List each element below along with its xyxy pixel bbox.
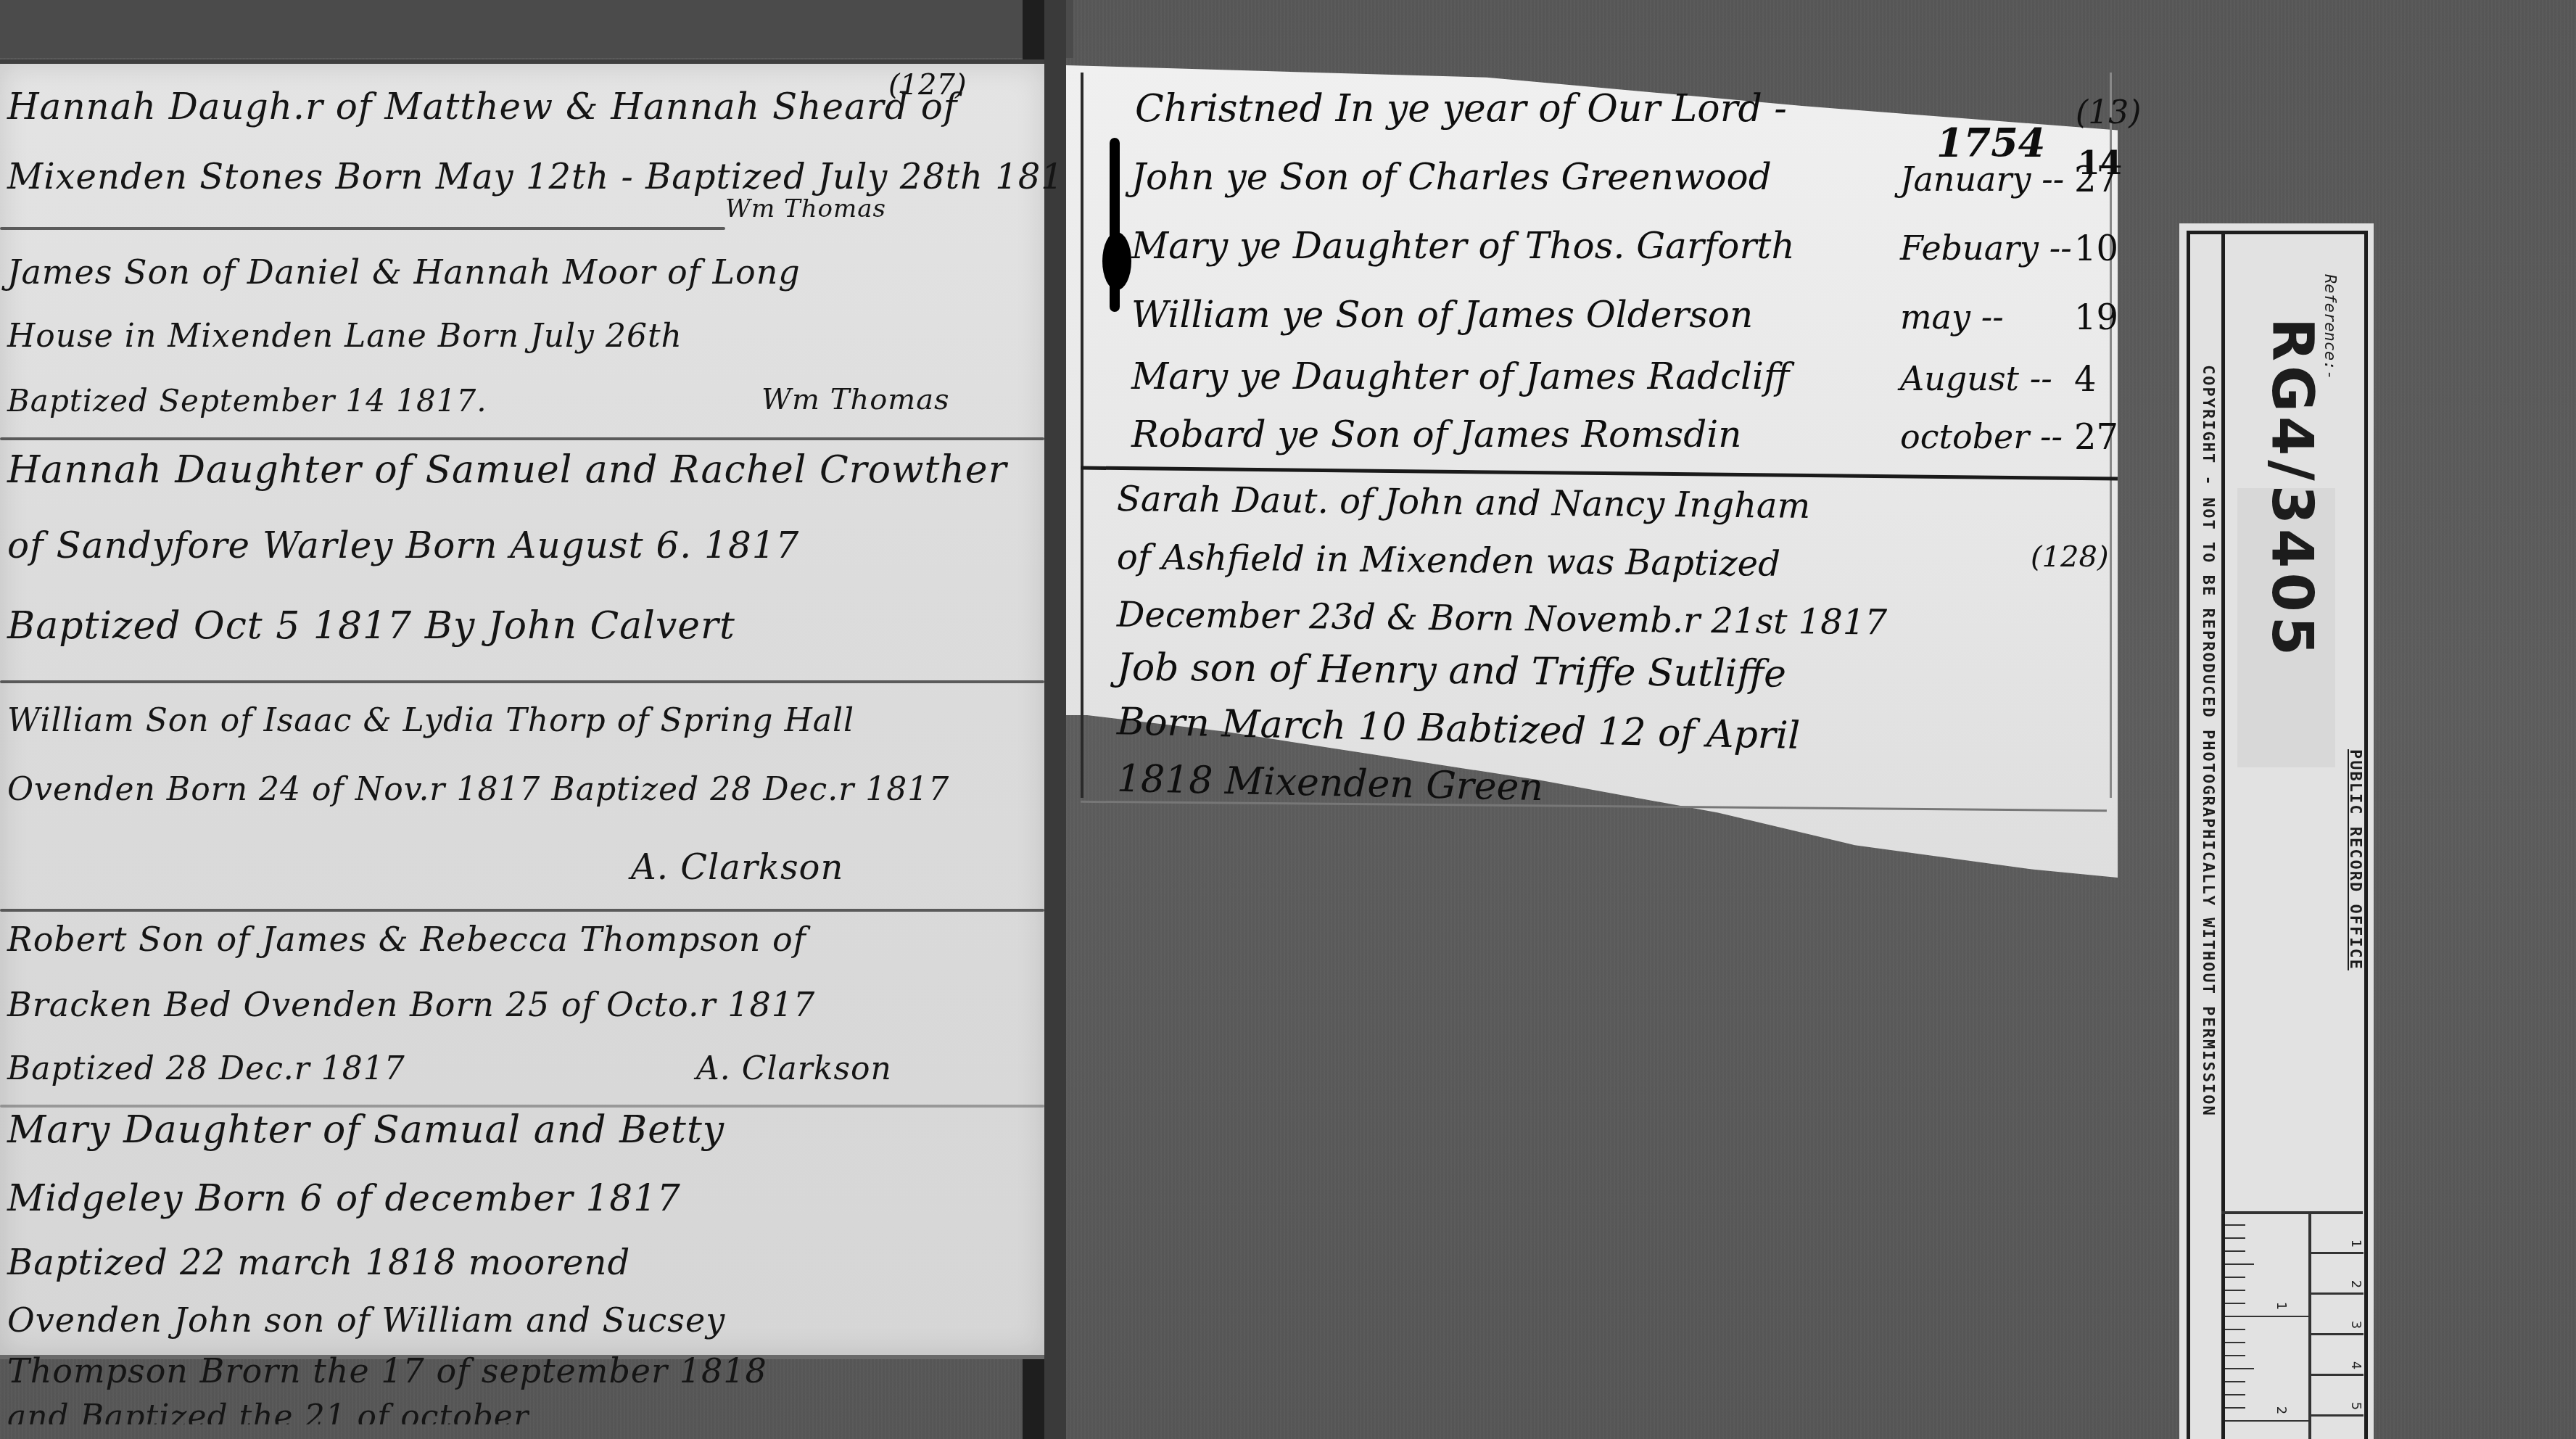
- copyright-notice: COPYRIGHT - NOT TO BE REPRODUCED PHOTOGR…: [2199, 365, 2217, 1117]
- entry-6-line-1: Mary Daughter of Samual and Betty: [7, 1108, 724, 1152]
- christening-day: 4: [2074, 359, 2097, 400]
- left-register-page: (127) Hannah Daugh.r of Matthew & Hannah…: [0, 59, 1044, 1359]
- entry-6-line-2: Midgeley Born 6 of december 1817: [7, 1177, 681, 1219]
- reference-card: Reference:- RG4/3405 COPYRIGHT - NOT TO …: [2179, 223, 2374, 1439]
- christening-day: 10: [2074, 228, 2118, 269]
- christening-day: 27: [2074, 417, 2118, 458]
- entry-2-annotation: Wm Thomas: [761, 383, 950, 416]
- ruler-cm-line: [2311, 1252, 2364, 1254]
- ruler-cm-label: 5: [2348, 1402, 2364, 1410]
- entry-3-line-1: Hannah Daughter of Samuel and Rachel Cro…: [7, 448, 1007, 492]
- entry-divider: [0, 437, 1044, 440]
- ruler-inch-tick: [2225, 1250, 2245, 1252]
- ruler-inch-tick: [2225, 1237, 2245, 1239]
- ruler-cm-line: [2311, 1333, 2364, 1335]
- entry-2-line-1: James Son of Daniel & Hannah Moor of Lon…: [7, 252, 801, 292]
- entry-1-line-1: Hannah Daugh.r of Matthew & Hannah Shear…: [7, 86, 957, 128]
- entry-divider: [0, 227, 725, 230]
- slip-lower-entry-line: December 23d & Born Novemb.r 21st 1817: [1117, 594, 1887, 643]
- entry-1-line-2: Mixenden Stones Born May 12th - Baptized…: [7, 157, 1086, 197]
- top-shadow: [0, 0, 1073, 58]
- binding-gutter-edge: [1044, 0, 1066, 1439]
- ruler-inch-tick: [2225, 1368, 2254, 1369]
- slip-lower-entry-line: Job son of Henry and Triffe Sutliffe: [1117, 646, 1787, 696]
- christening-entry: Robard ye Son of James Romsdin: [1131, 413, 1741, 455]
- ruler-inch-tick: [2225, 1394, 2245, 1395]
- ruler-cm-line: [2311, 1292, 2364, 1295]
- ruler-inch-tick: [2225, 1263, 2254, 1265]
- ruler-cm-line: [2311, 1374, 2364, 1376]
- christening-entry: William ye Son of James Olderson: [1131, 294, 1753, 336]
- slip-lower-entry-line: Sarah Daut. of John and Nancy Ingham: [1117, 479, 1811, 527]
- christening-month: January --: [1900, 160, 2064, 199]
- ruler-inch-tick: [2225, 1355, 2245, 1356]
- public-record-office: PUBLIC RECORD OFFICE: [2346, 749, 2364, 970]
- slip-page-number: (13): [2076, 94, 2141, 131]
- entry-divider: [0, 909, 1044, 912]
- christening-month: August --: [1900, 359, 2052, 398]
- ruler-inch-tick: [2225, 1329, 2245, 1330]
- christening-month: october --: [1900, 417, 2063, 456]
- entry-5-officiant: A. Clarkson: [696, 1050, 892, 1087]
- ruler-inch-label: 1: [2274, 1302, 2289, 1310]
- ruler-inch-tick: [2225, 1224, 2245, 1226]
- christening-entry: Mary ye Daughter of James Radcliff: [1131, 355, 1790, 397]
- entry-6-line-3: Baptized 22 march 1818 moorend: [7, 1242, 630, 1283]
- ruler-inch-tick: [2225, 1316, 2308, 1317]
- entry-2-line-2: House in Mixenden Lane Born July 26th: [7, 318, 682, 355]
- entry-divider: [0, 1105, 1044, 1108]
- ruler-top-edge: [2221, 1211, 2363, 1214]
- ruler-cm-label: 2: [2348, 1280, 2364, 1288]
- christening-month: Febuary --: [1900, 228, 2072, 268]
- ruler-inch-tick: [2225, 1277, 2245, 1278]
- ruler-inch-tick: [2225, 1420, 2308, 1422]
- ruler-cm-line: [2311, 1414, 2364, 1417]
- entry-5-line-3: Baptized 28 Dec.r 1817: [7, 1050, 405, 1087]
- entry-2-line-3: Baptized September 14 1817.: [7, 383, 487, 418]
- ruler-cm-label: 4: [2348, 1361, 2364, 1369]
- slip-lower-page-number: (128): [2031, 540, 2109, 574]
- ruler-inch-tick: [2225, 1342, 2245, 1343]
- ruler-inch-tick: [2225, 1290, 2245, 1291]
- entry-4-line-1: William Son of Isaac & Lydia Thorp of Sp…: [7, 702, 854, 739]
- entry-6-line-5: Thompson Brorn the 17 of september 1818: [7, 1351, 767, 1390]
- christening-entry: Mary ye Daughter of Thos. Garforth: [1131, 225, 1795, 267]
- reference-code: RG4/3405: [2259, 318, 2324, 660]
- ruler-inch-tick: [2225, 1407, 2245, 1409]
- ruler-inch-label: 2: [2274, 1406, 2289, 1414]
- card-inner-rule: [2221, 231, 2225, 1439]
- entry-5-line-1: Robert Son of James & Rebecca Thompson o…: [7, 920, 806, 959]
- slip-lower-entry-line: of Ashfield in Mixenden was Baptized: [1117, 537, 1780, 585]
- ruler-cm-label: 3: [2348, 1321, 2364, 1329]
- entry-divider: [0, 680, 1044, 683]
- ruler-inch-tick: [2225, 1303, 2245, 1304]
- ink-blot: [1102, 232, 1131, 290]
- christening-day: 27: [2074, 160, 2118, 200]
- entry-4-line-2: Ovenden Born 24 of Nov.r 1817 Baptized 2…: [7, 771, 949, 808]
- slip-header: Christned In ye year of Our Lord -: [1135, 87, 1787, 131]
- christening-month: may --: [1900, 297, 2004, 337]
- ruler-divider: [2308, 1211, 2311, 1439]
- entry-4-officiant: A. Clarkson: [631, 847, 843, 888]
- entry-5-line-2: Bracken Bed Ovenden Born 25 of Octo.r 18…: [7, 985, 815, 1024]
- entry-6-line-4: Ovenden John son of William and Sucsey: [7, 1300, 725, 1340]
- christening-entry: John ye Son of Charles Greenwood: [1131, 156, 1772, 198]
- entry-3-line-2: of Sandyfore Warley Born August 6. 1817: [7, 524, 799, 566]
- ruler-inch-tick: [2225, 1381, 2245, 1382]
- christening-day: 19: [2074, 297, 2118, 338]
- entry-3-line-3: Baptized Oct 5 1817 By John Calvert: [7, 604, 735, 648]
- ruler-cm-label: 1: [2348, 1240, 2364, 1248]
- entry-1-annotation: Wm Thomas: [725, 194, 886, 223]
